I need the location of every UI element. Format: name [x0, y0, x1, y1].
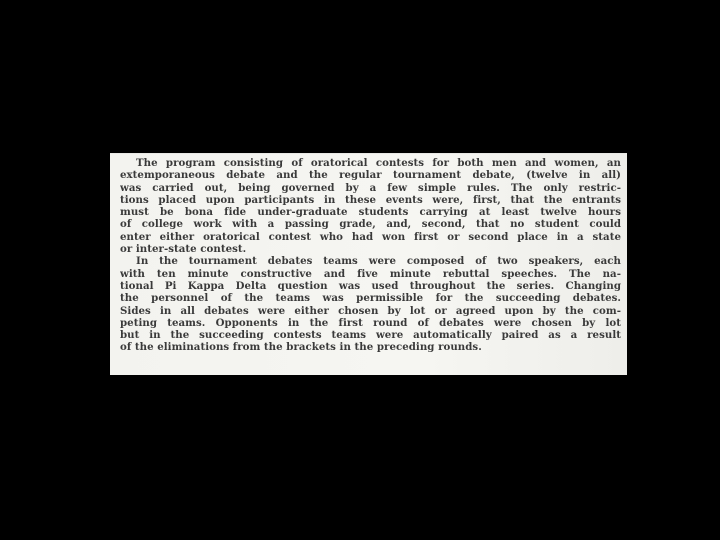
text-line: must be bona fide under-graduate student…: [120, 206, 621, 218]
scanned-document-page: The program consisting of oratorical con…: [110, 153, 627, 375]
text-line: of college work with a passing grade, an…: [120, 218, 621, 230]
text-line: or inter-state contest.: [120, 243, 621, 255]
text-line: peting teams. Opponents in the first rou…: [120, 317, 621, 329]
paragraph-tournament-debates: In the tournament debates teams were com…: [120, 255, 621, 353]
text-line: tional Pi Kappa Delta question was used …: [120, 280, 621, 292]
text-line: was carried out, being governed by a few…: [120, 182, 621, 194]
text-line: enter either oratorical contest who had …: [120, 231, 621, 243]
text-line: tions placed upon participants in these …: [120, 194, 621, 206]
text-line: with ten minute constructive and five mi…: [120, 268, 621, 280]
text-line: Sides in all debates were either chosen …: [120, 305, 621, 317]
text-line: of the eliminations from the brackets in…: [120, 341, 621, 353]
paragraph-rules: The program consisting of oratorical con…: [120, 157, 621, 255]
text-line: The program consisting of oratorical con…: [120, 157, 621, 169]
text-line: the personnel of the teams was permissib…: [120, 292, 621, 304]
text-line: extemporaneous debate and the regular to…: [120, 169, 621, 181]
text-line: In the tournament debates teams were com…: [120, 255, 621, 267]
text-line: but in the succeeding contests teams wer…: [120, 329, 621, 341]
